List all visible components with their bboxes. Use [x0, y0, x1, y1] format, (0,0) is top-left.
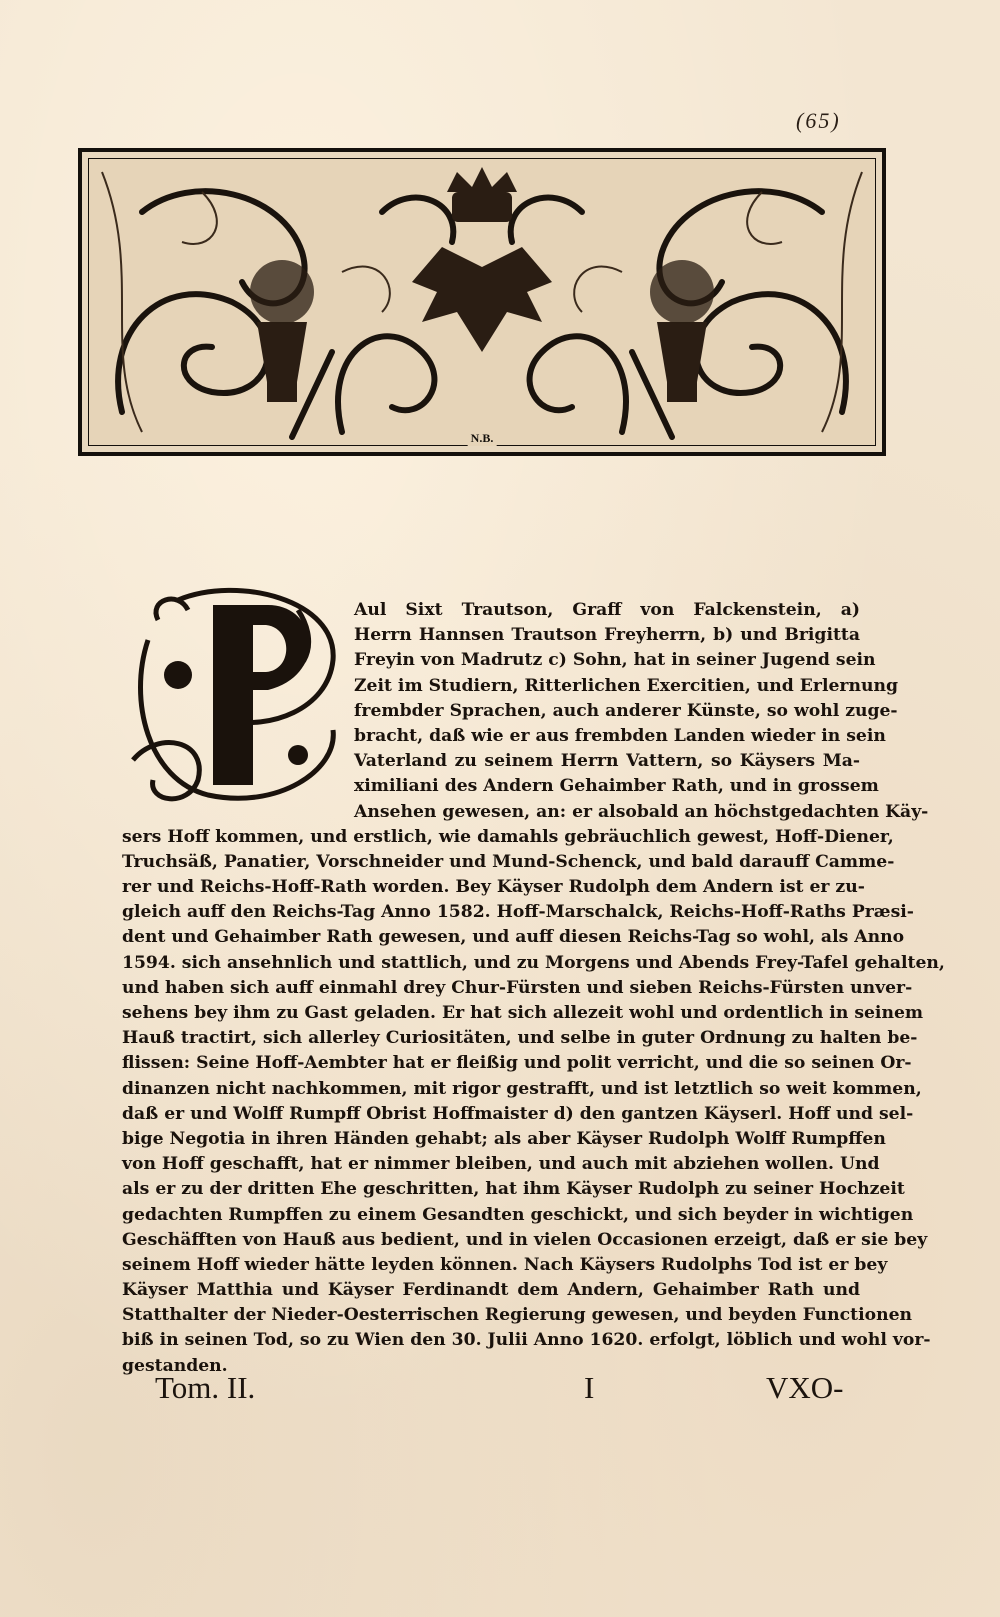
- text-line: sehens bey ihm zu Gast geladen. Er hat s…: [122, 1001, 860, 1026]
- text-line: Freyin von Madrutz c) Sohn, hat in seine…: [122, 648, 860, 673]
- text-line: seinem Hoff wieder hätte leyden können. …: [122, 1253, 860, 1278]
- text-line: daß er und Wolff Rumpff Obrist Hoffmaist…: [122, 1102, 860, 1127]
- signature-mark: I: [584, 1370, 594, 1406]
- text-line: Herrn Hannsen Trautson Freyherrn, b) und…: [122, 623, 860, 648]
- text-line: bige Negotia in ihren Händen gehabt; als…: [122, 1127, 860, 1152]
- text-line: dinanzen nicht nachkommen, mit rigor ges…: [122, 1077, 860, 1102]
- text-line: bracht, daß wie er aus frembden Landen w…: [122, 724, 860, 749]
- body-text: Aul Sixt Trautson, Graff von Falckenstei…: [122, 598, 860, 1379]
- text-line: Zeit im Studiern, Ritterlichen Exercitie…: [122, 674, 860, 699]
- text-line: gleich auff den Reichs-Tag Anno 1582. Ho…: [122, 900, 860, 925]
- volume-label: Tom. II.: [155, 1370, 255, 1406]
- text-line: gedachten Rumpffen zu einem Gesandten ge…: [122, 1203, 860, 1228]
- text-line: als er zu der dritten Ehe geschritten, h…: [122, 1177, 860, 1202]
- text-line: Ansehen gewesen, an: er alsobald an höch…: [122, 800, 860, 825]
- text-line: Aul Sixt Trautson, Graff von Falckenstei…: [122, 598, 860, 623]
- text-line: rer und Reichs-Hoff-Rath worden. Bey Käy…: [122, 875, 860, 900]
- engraver-mark: N.B.: [468, 431, 497, 446]
- text-line: biß in seinen Tod, so zu Wien den 30. Ju…: [122, 1328, 860, 1353]
- text-line: und haben sich auff einmahl drey Chur-Fü…: [122, 976, 860, 1001]
- text-line: ximiliani des Andern Gehaimber Rath, und…: [122, 774, 860, 799]
- text-line: Hauß tractirt, sich allerley Curiositäte…: [122, 1026, 860, 1051]
- text-line: Käyser Matthia und Käyser Ferdinandt dem…: [122, 1278, 860, 1303]
- text-line: von Hoff geschafft, hat er nimmer bleibe…: [122, 1152, 860, 1177]
- page-number: (65): [796, 108, 841, 134]
- text-line: sers Hoff kommen, und erstlich, wie dama…: [122, 825, 860, 850]
- baroque-ornament-icon: [82, 152, 882, 452]
- text-line: frembder Sprachen, auch anderer Künste, …: [122, 699, 860, 724]
- text-line: 1594. sich ansehnlich und stattlich, und…: [122, 951, 860, 976]
- text-line: Statthalter der Nieder-Oesterrischen Reg…: [122, 1303, 860, 1328]
- text-line: Truchsäß, Panatier, Vorschneider und Mun…: [122, 850, 860, 875]
- ornamental-headpiece: N.B.: [78, 148, 886, 456]
- text-line: Vaterland zu seinem Herrn Vattern, so Kä…: [122, 749, 860, 774]
- text-line: flissen: Seine Hoff-Aembter hat er fleiß…: [122, 1051, 860, 1076]
- text-line: dent und Gehaimber Rath gewesen, und auf…: [122, 925, 860, 950]
- text-line: Geschäfften von Hauß aus bedient, und in…: [122, 1228, 860, 1253]
- catchword: VXO-: [766, 1370, 844, 1406]
